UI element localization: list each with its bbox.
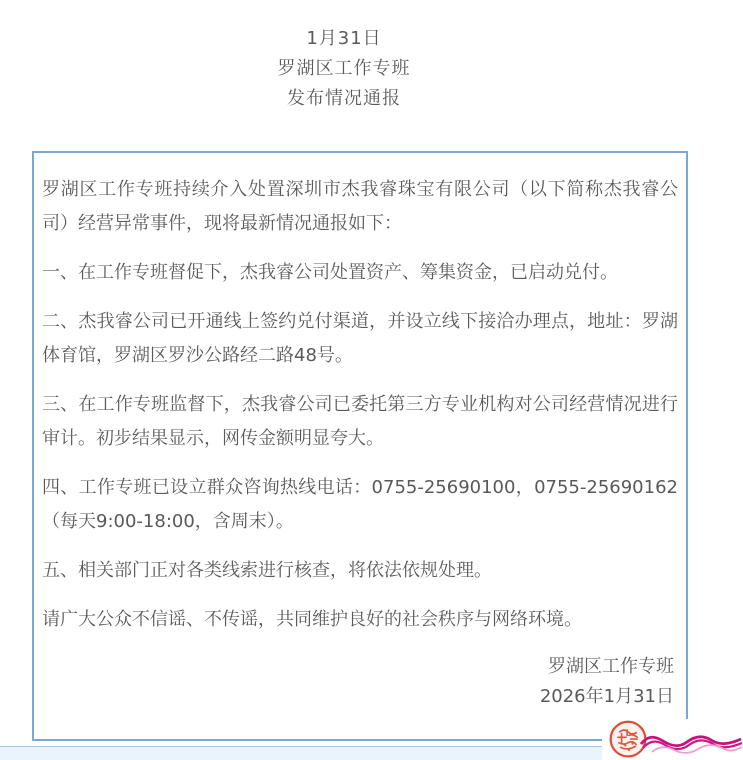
signature-block: 罗湖区工作专班 2026年1月31日: [42, 652, 678, 712]
page: { "header": { "line1": "1月31日", "line2":…: [0, 0, 743, 760]
notice-box: 罗湖区工作专班持续介入处置深圳市杰我睿珠宝有限公司（以下简称杰我睿公司）经营异常…: [32, 151, 688, 741]
signature-org: 罗湖区工作专班: [42, 652, 674, 682]
notice-closing: 请广大公众不信谣、不传谣，共同维护良好的社会秩序与网络环境。: [42, 603, 678, 637]
notice-item-1: 一、在工作专班督促下，杰我睿公司处置资产、筹集资金，已启动兑付。: [42, 256, 678, 290]
header-date: 1月31日: [0, 24, 688, 54]
seal-overlay: [602, 719, 743, 760]
wavy-line-icon: [640, 727, 743, 760]
notice-item-3: 三、在工作专班监督下，杰我睿公司已委托第三方专业机构对公司经营情况进行审计。初步…: [42, 388, 678, 456]
header-title: 发布情况通报: [0, 84, 688, 114]
notice-header: 1月31日 罗湖区工作专班 发布情况通报: [0, 24, 688, 114]
notice-item-4: 四、工作专班已设立群众咨询热线电话：0755-25690100，0755-256…: [42, 471, 678, 539]
notice-intro: 罗湖区工作专班持续介入处置深圳市杰我睿珠宝有限公司（以下简称杰我睿公司）经营异常…: [42, 173, 678, 241]
notice-item-2: 二、杰我睿公司已开通线上签约兑付渠道，并设立线下接洽办理点，地址：罗湖体育馆，罗…: [42, 305, 678, 373]
signature-date: 2026年1月31日: [42, 682, 674, 712]
notice-item-5: 五、相关部门正对各类线索进行核查，将依法依规处理。: [42, 554, 678, 588]
header-org: 罗湖区工作专班: [0, 54, 688, 84]
